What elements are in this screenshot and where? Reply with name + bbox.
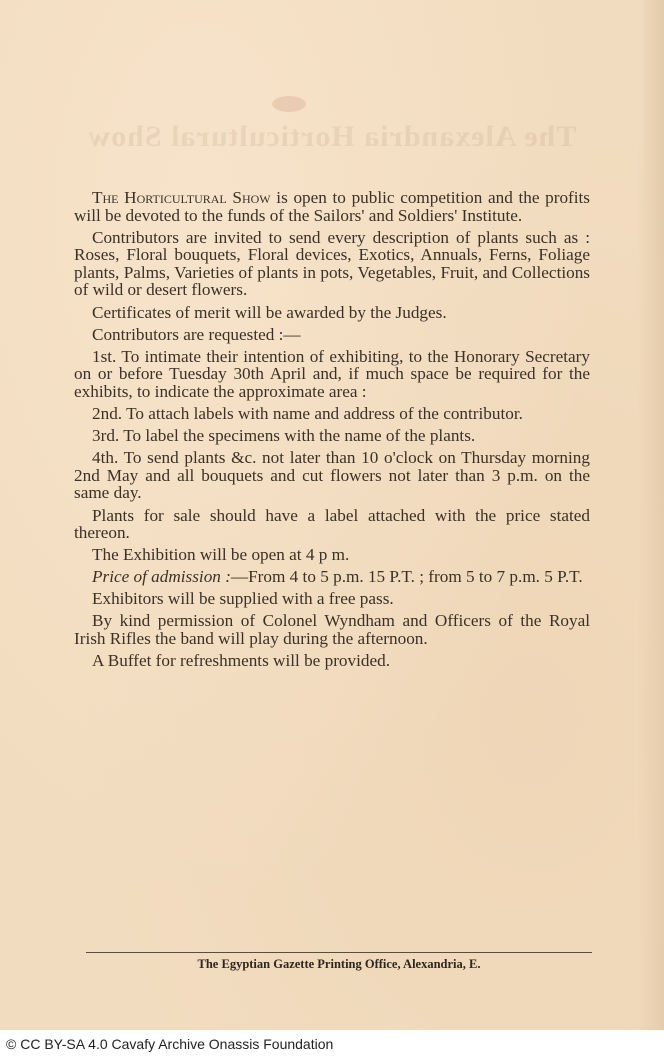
- paragraph-request-2: 2nd. To attach labels with name and addr…: [74, 405, 590, 423]
- paragraph-opening: The Exhibition will be open at 4 p m.: [74, 546, 590, 564]
- paragraph-certificates: Certificates of merit will be awarded by…: [74, 304, 590, 322]
- document-page: The Alexandria Horticultural Show The Ho…: [0, 0, 664, 1030]
- paragraph-invitation: Contributors are invited to send every d…: [74, 229, 590, 299]
- paragraph-admission: Price of admission :—From 4 to 5 p.m. 15…: [74, 568, 590, 586]
- paragraph-request-1: 1st. To intimate their intention of exhi…: [74, 348, 590, 401]
- paragraph-request-4: 4th. To send plants &c. not later than 1…: [74, 449, 590, 502]
- paragraph-requests-heading: Contributors are requested :—: [74, 326, 590, 344]
- printer-imprint: The Egyptian Gazette Printing Office, Al…: [86, 957, 592, 972]
- show-name: The Horticultural Show: [92, 188, 271, 207]
- paragraph-free-pass: Exhibitors will be supplied with a free …: [74, 590, 590, 608]
- paragraph-sale: Plants for sale should have a label atta…: [74, 507, 590, 542]
- paragraph-request-3: 3rd. To label the specimens with the nam…: [74, 427, 590, 445]
- copyright-credit: © CC BY-SA 4.0 Cavafy Archive Onassis Fo…: [6, 1036, 333, 1052]
- stain-mark: [272, 96, 306, 112]
- paragraph-intro: The Horticultural Show is open to public…: [74, 189, 590, 224]
- paragraph-buffet: A Buffet for refreshments will be provid…: [74, 652, 590, 670]
- footer-rule: [86, 952, 592, 953]
- document-body: The Horticultural Show is open to public…: [74, 189, 590, 674]
- bleed-through-title: The Alexandria Horticultural Show: [0, 120, 664, 154]
- admission-label: Price of admission :: [92, 567, 231, 586]
- paragraph-band: By kind permission of Colonel Wyndham an…: [74, 612, 590, 647]
